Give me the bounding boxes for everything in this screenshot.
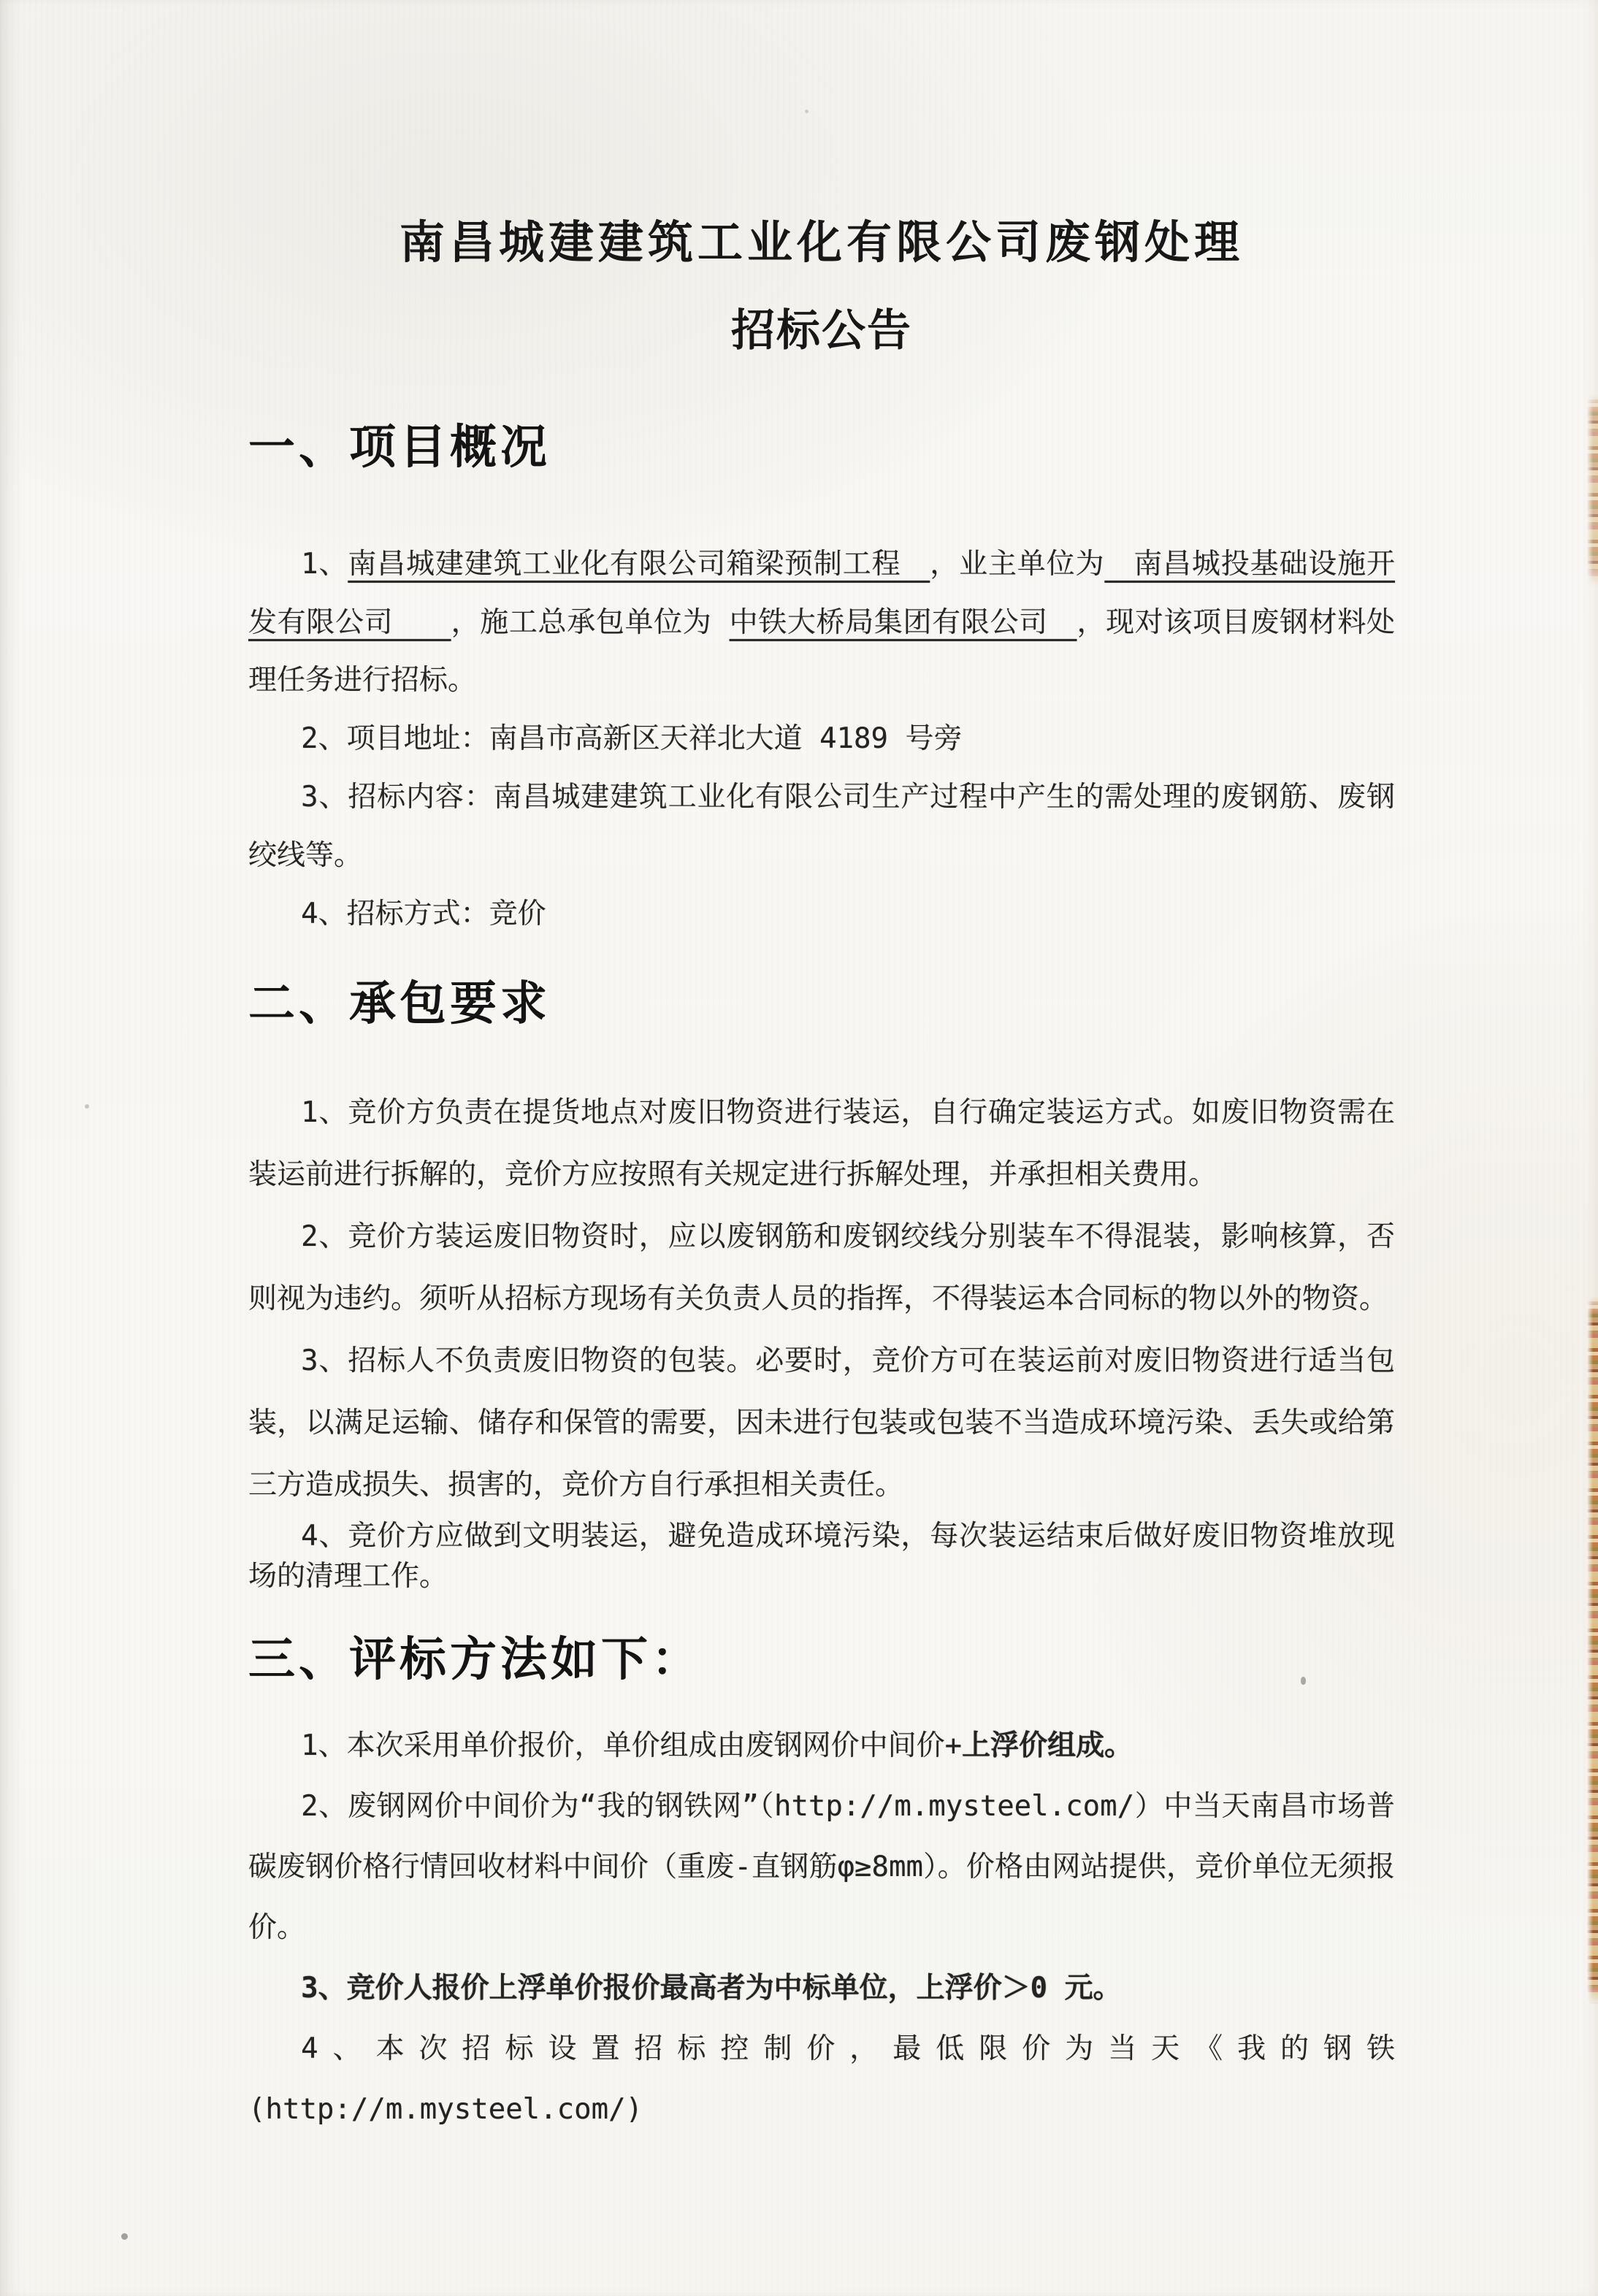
- text-segment: ，施工总承包单位为: [451, 606, 730, 639]
- section-2-item-2: 2、竞价方装运废旧物资时，应以废钢筋和废钢绞线分别装车不得混装，影响核算，否则视…: [248, 1206, 1395, 1330]
- underlined-project-name: 南昌城建建筑工业化有限公司箱梁预制工程: [348, 548, 930, 581]
- section-1-item-3-tender-content: 3、招标内容：南昌城建建筑工业化有限公司生产过程中产生的需处理的废钢筋、废钢绞线…: [248, 768, 1395, 885]
- text-segment: 1、: [301, 548, 348, 581]
- section-project-overview: 一、项目概况 1、南昌城建建筑工业化有限公司箱梁预制工程 ，业主单位为 南昌城投…: [248, 422, 1395, 944]
- section-1-heading: 一、项目概况: [248, 422, 1395, 473]
- section-3-item-1: 1、本次采用单价报价，单价组成由废钢网价中间价+上浮价组成。: [248, 1715, 1395, 1776]
- section-3-item-2: 2、废钢网价中间价为“我的钢铁网”（http://m.mysteel.com/）…: [248, 1776, 1395, 1958]
- section-3-item-3-award-rule: 3、竞价人报价上浮单价报价最高者为中标单位，上浮价＞0 元。: [248, 1958, 1395, 2018]
- document-content: 南昌城建建筑工业化有限公司废钢处理 招标公告 一、项目概况 1、南昌城建建筑工业…: [248, 0, 1395, 2140]
- scanned-document-page: 南昌城建建筑工业化有限公司废钢处理 招标公告 一、项目概况 1、南昌城建建筑工业…: [0, 0, 1598, 2296]
- bold-markup-price-term: 上浮价组成。: [962, 1729, 1133, 1762]
- section-evaluation-method: 三、评标方法如下： 1、本次采用单价报价，单价组成由废钢网价中间价+上浮价组成。…: [248, 1634, 1395, 2140]
- section-2-item-4: 4、竞价方应做到文明装运，避免造成环境污染，每次装运结束后做好废旧物资堆放现场的…: [248, 1516, 1395, 1597]
- section-2-heading: 二、承包要求: [248, 979, 1395, 1030]
- text-segment: ，业主单位为: [930, 548, 1104, 581]
- text-segment: 1、本次采用单价报价，单价组成由废钢网价中间价+: [301, 1729, 962, 1762]
- section-3-heading: 三、评标方法如下：: [248, 1634, 1395, 1685]
- section-3-item-4-control-price: 4、本次招标设置招标控制价，最低限价为当天《我的钢铁(http://m.myst…: [248, 2018, 1395, 2140]
- scan-speck: [85, 1104, 89, 1109]
- document-title-line2: 招标公告: [248, 307, 1395, 355]
- section-2-item-1: 1、竞价方负责在提货地点对废旧物资进行装运，自行确定装运方式。如废旧物资需在装运…: [248, 1082, 1395, 1206]
- book-fore-edge-strip-lower: [1587, 1296, 1598, 2005]
- scan-speck: [121, 2233, 128, 2240]
- section-1-item-1: 1、南昌城建建筑工业化有限公司箱梁预制工程 ，业主单位为 南昌城投基础设施开发有…: [248, 535, 1395, 711]
- section-1-item-4-tender-method: 4、招标方式：竞价: [248, 885, 1395, 944]
- document-title-line1: 南昌城建建筑工业化有限公司废钢处理: [248, 0, 1395, 267]
- section-1-item-2-project-address: 2、项目地址：南昌市高新区天祥北大道 4189 号旁: [248, 710, 1395, 768]
- underlined-contractor-company: 中铁大桥局集团有限公司: [730, 606, 1077, 639]
- section-2-item-3: 3、招标人不负责废旧物资的包装。必要时，竞价方可在装运前对废旧物资进行适当包装，…: [248, 1330, 1395, 1516]
- book-fore-edge-strip-upper: [1587, 394, 1598, 586]
- section-contracting-requirements: 二、承包要求 1、竞价方负责在提货地点对废旧物资进行装运，自行确定装运方式。如废…: [248, 979, 1395, 1596]
